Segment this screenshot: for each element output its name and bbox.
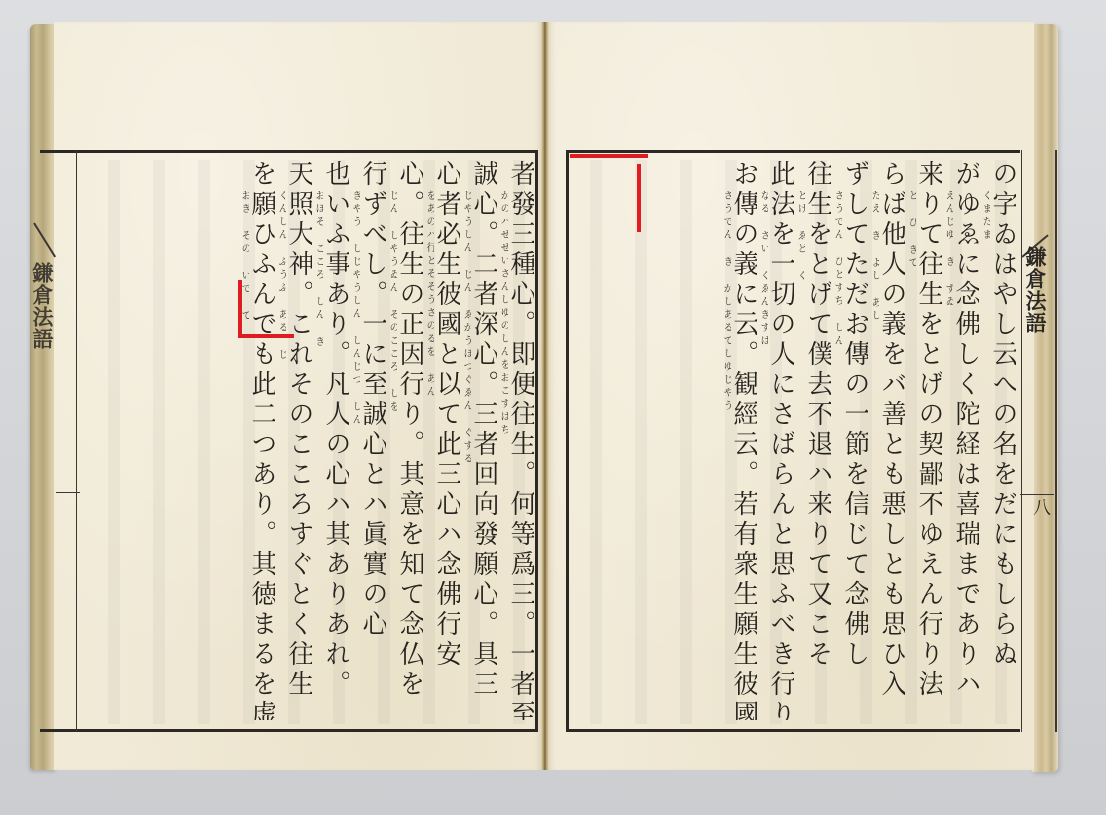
column-furigana: さうでん き かしあるてしゆじやう [720,160,731,720]
page-number-rule [1020,494,1054,495]
column-text: 誠心。二者深心。三者回向發願心。具三 [471,160,497,720]
book-spread: 鎌倉法語 鎌倉法語 八 の字ゐはやし云への名をだにもしらぬ くまたま がゆゑに念… [0,0,1106,815]
column-furigana: ぎやう しじやうしん しんじつ しん [349,160,360,720]
column-furigana: くんしん ふうふ ある じ [275,160,286,720]
text-column: の字ゐはやし云への名をだにもしらぬ くまたま [979,160,1016,724]
text-column: お傳の義に云。観經云。若有衆生願生彼國 さうでん き かしあるてしゆじやう [720,160,757,724]
text-column: らば他人の義をバ善とも悪しとも思ひ入 たえ ぎ よし あし [868,160,905,724]
column-text: 者發三種心。即便往生。何等爲三。一者至 [508,160,534,720]
book-gutter [541,22,549,770]
column-furigana: じやうしん じん ゑかうほつぐゑん ぐする [460,160,471,720]
page-number: 八 [1027,498,1053,516]
red-annotation-vertical-left [238,280,242,338]
text-column: 也いふ事あり。凡人の心ハ其ありあれ。 おほそ こころ しん ぎ [312,160,349,724]
column-furigana: かのハせせいさんしゆのしんをおこすはち [497,160,508,720]
column-furigana: をあのハ行とそそうさのるを あん [423,160,434,720]
column-text: 心。往生の正因行り。其意を知て念仏を [397,160,423,720]
column-furigana: さうでん ひとすぢ しん [831,160,842,720]
column-text: お傳の義に云。観經云。若有衆生願生彼國 [731,160,757,720]
column-text: がゆゑに念佛しく陀経は喜瑞までありハ [953,160,979,720]
text-column: 心。往生の正因行り。其意を知て念仏を じん しやうゐん そのこころ しを [386,160,423,724]
column-text: 来りて往生をとげの契鄙不ゆえん行り法 [916,160,942,720]
column-furigana: とげ ゑど く [794,160,805,720]
text-column: 行ずべし。一に至誠心とハ眞實の心 ぎやう しじやうしん しんじつ しん [349,160,386,724]
column-text: の字ゐはやし云への名をだにもしらぬ [990,160,1016,720]
right-margin-title: 鎌倉法語 [1025,246,1046,334]
column-furigana: おぎ その いで て [238,160,249,720]
column-text: 行ずべし。一に至誠心とハ眞實の心 [360,160,386,720]
column-furigana: えんじゆ き ずゐ [942,160,953,720]
right-page-text: の字ゐはやし云への名をだにもしらぬ くまたま がゆゑに念佛しく陀経は喜瑞まであり… [572,160,1016,724]
text-column: がゆゑに念佛しく陀経は喜瑞までありハ えんじゆ き ずゐ [942,160,979,724]
text-column: 此法を一切の人にさばらんと思ふべき行り なる さい くゑんぎすは [757,160,794,724]
text-column: 来りて往生をとげの契鄙不ゆえん行り法 と ひ きて [905,160,942,724]
red-annotation-horizontal-left [238,334,294,338]
left-margin-title: 鎌倉法語 [32,262,53,350]
column-text: 往生をとげて僕去不退ハ来りて又こそ [805,160,831,720]
column-text: 天照大神。これそのこころすぐとく往生 [286,160,312,720]
column-furigana: なる さい くゑんぎすは [757,160,768,720]
text-column: 心者必生彼國と以て此三心ハ念佛行安 をあのハ行とそそうさのるを あん [423,160,460,724]
column-furigana: と ひ きて [905,160,916,720]
red-annotation-horizontal-right [570,154,648,158]
column-text: ずしてただお傳の一節を信じて念佛し [842,160,868,720]
column-furigana: くまたま [979,160,990,720]
column-text: 也いふ事あり。凡人の心ハ其ありあれ。 [323,160,349,720]
right-margin-rule [1021,150,1022,732]
left-margin-rule [76,150,77,732]
text-column: 者發三種心。即便往生。何等爲三。一者至 かのハせせいさんしゆのしんをおこすはち [497,160,534,724]
column-text: 心者必生彼國と以て此三心ハ念佛行安 [434,160,460,720]
column-text: を願ひふんでも此二つあり。其徳まるを虚 [249,160,275,720]
column-furigana: おほそ こころ しん ぎ [312,160,323,720]
text-column: 往生をとげて僕去不退ハ来りて又こそ とげ ゑど く [794,160,831,724]
text-column: ずしてただお傳の一節を信じて念佛し さうでん ひとすぢ しん [831,160,868,724]
left-margin-split-rule [56,492,80,493]
text-column: を願ひふんでも此二つあり。其徳まるを虚 おぎ その いで て [238,160,275,724]
column-furigana: じん しやうゐん そのこころ しを [386,160,397,720]
text-column: 誠心。二者深心。三者回向發願心。具三 じやうしん じん ゑかうほつぐゑん ぐする [460,160,497,724]
right-outer-rule [1055,150,1057,732]
left-page-text: 者發三種心。即便往生。何等爲三。一者至 かのハせせいさんしゆのしんをおこすはち … [90,160,534,724]
column-text: らば他人の義をバ善とも悪しとも思ひ入 [879,160,905,720]
column-furigana: たえ ぎ よし あし [868,160,879,720]
red-annotation-vertical-right [637,164,641,232]
column-text: 此法を一切の人にさばらんと思ふべき行り [768,160,794,720]
text-column: 天照大神。これそのこころすぐとく往生 くんしん ふうふ ある じ [275,160,312,724]
